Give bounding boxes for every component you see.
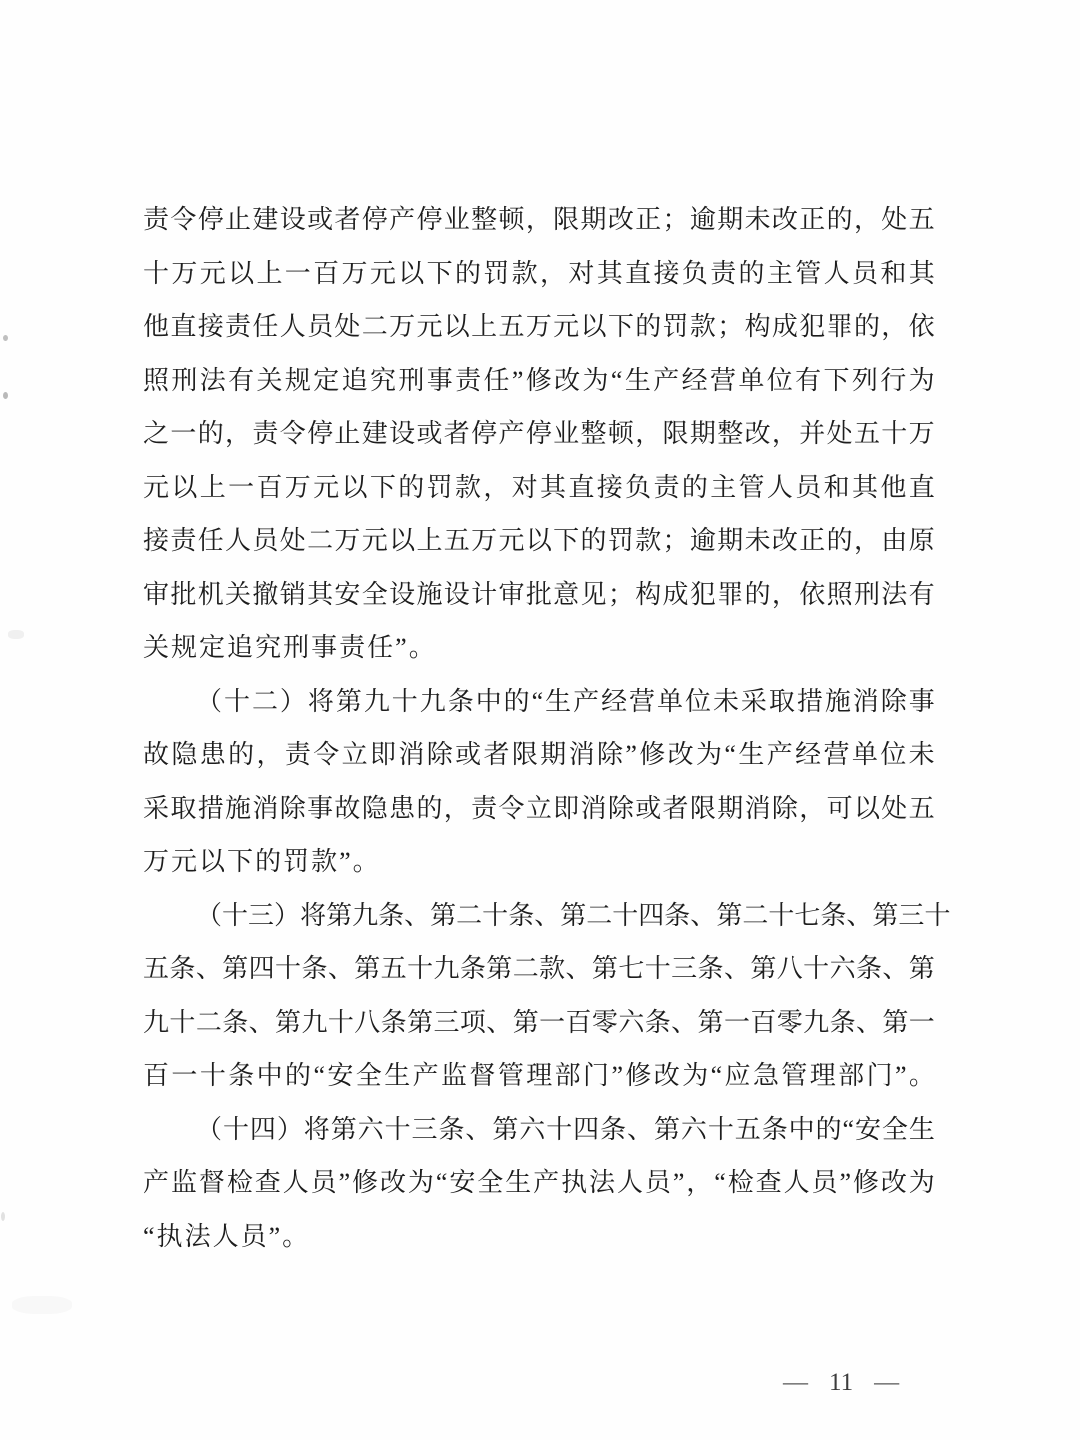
text-line: 照刑法有关规定追究刑事责任”修改为“生产经营单位有下列行为 (143, 354, 935, 408)
text-line: 元以上一百万元以下的罚款，对其直接负责的主管人员和其他直 (143, 461, 935, 515)
text-line: 故隐患的，责令立即消除或者限期消除”修改为“生产经营单位未 (143, 728, 935, 782)
document-page: 责令停止建设或者停产停业整顿，限期改正；逾期未改正的，处五十万元以上一百万元以下… (0, 0, 1080, 1440)
text-line: 责令停止建设或者停产停业整顿，限期改正；逾期未改正的，处五 (143, 193, 935, 247)
text-line: （十三）将第九条、第二十条、第二十四条、第二十七条、第三十 (143, 889, 935, 943)
text-line: 接责任人员处二万元以上五万元以下的罚款；逾期未改正的，由原 (143, 514, 935, 568)
text-line: 十万元以上一百万元以下的罚款，对其直接负责的主管人员和其 (143, 247, 935, 301)
scan-smudge (8, 630, 24, 639)
text-line: 他直接责任人员处二万元以上五万元以下的罚款；构成犯罪的，依 (143, 300, 935, 354)
text-line: “执法人员”。 (143, 1210, 935, 1264)
scan-speck (3, 335, 8, 341)
text-line: （十二）将第九十九条中的“生产经营单位未采取措施消除事 (143, 675, 935, 729)
footer-dash-left: — (783, 1368, 808, 1398)
scan-smudge (12, 1296, 72, 1314)
text-line: （十四）将第六十三条、第六十四条、第六十五条中的“安全生 (143, 1103, 935, 1157)
text-line: 采取措施消除事故隐患的，责令立即消除或者限期消除，可以处五 (143, 782, 935, 836)
page-number: 11 (829, 1368, 853, 1398)
text-line: 关规定追究刑事责任”。 (143, 621, 935, 675)
text-line: 万元以下的罚款”。 (143, 835, 935, 889)
scan-speck (3, 392, 8, 399)
footer-dash-right: — (874, 1368, 899, 1398)
text-line: 产监督检查人员”修改为“安全生产执法人员”，“检查人员”修改为 (143, 1156, 935, 1210)
page-footer: — 11 — (783, 1368, 899, 1398)
text-line: 之一的，责令停止建设或者停产停业整顿，限期整改，并处五十万 (143, 407, 935, 461)
text-line: 百一十条中的“安全生产监督管理部门”修改为“应急管理部门”。 (143, 1049, 935, 1103)
text-line: 审批机关撤销其安全设施设计审批意见；构成犯罪的，依照刑法有 (143, 568, 935, 622)
scan-speck (1, 1212, 5, 1221)
text-line: 九十二条、第九十八条第三项、第一百零六条、第一百零九条、第一 (143, 996, 935, 1050)
text-line: 五条、第四十条、第五十九条第二款、第七十三条、第八十六条、第 (143, 942, 935, 996)
document-body: 责令停止建设或者停产停业整顿，限期改正；逾期未改正的，处五十万元以上一百万元以下… (143, 193, 935, 1263)
